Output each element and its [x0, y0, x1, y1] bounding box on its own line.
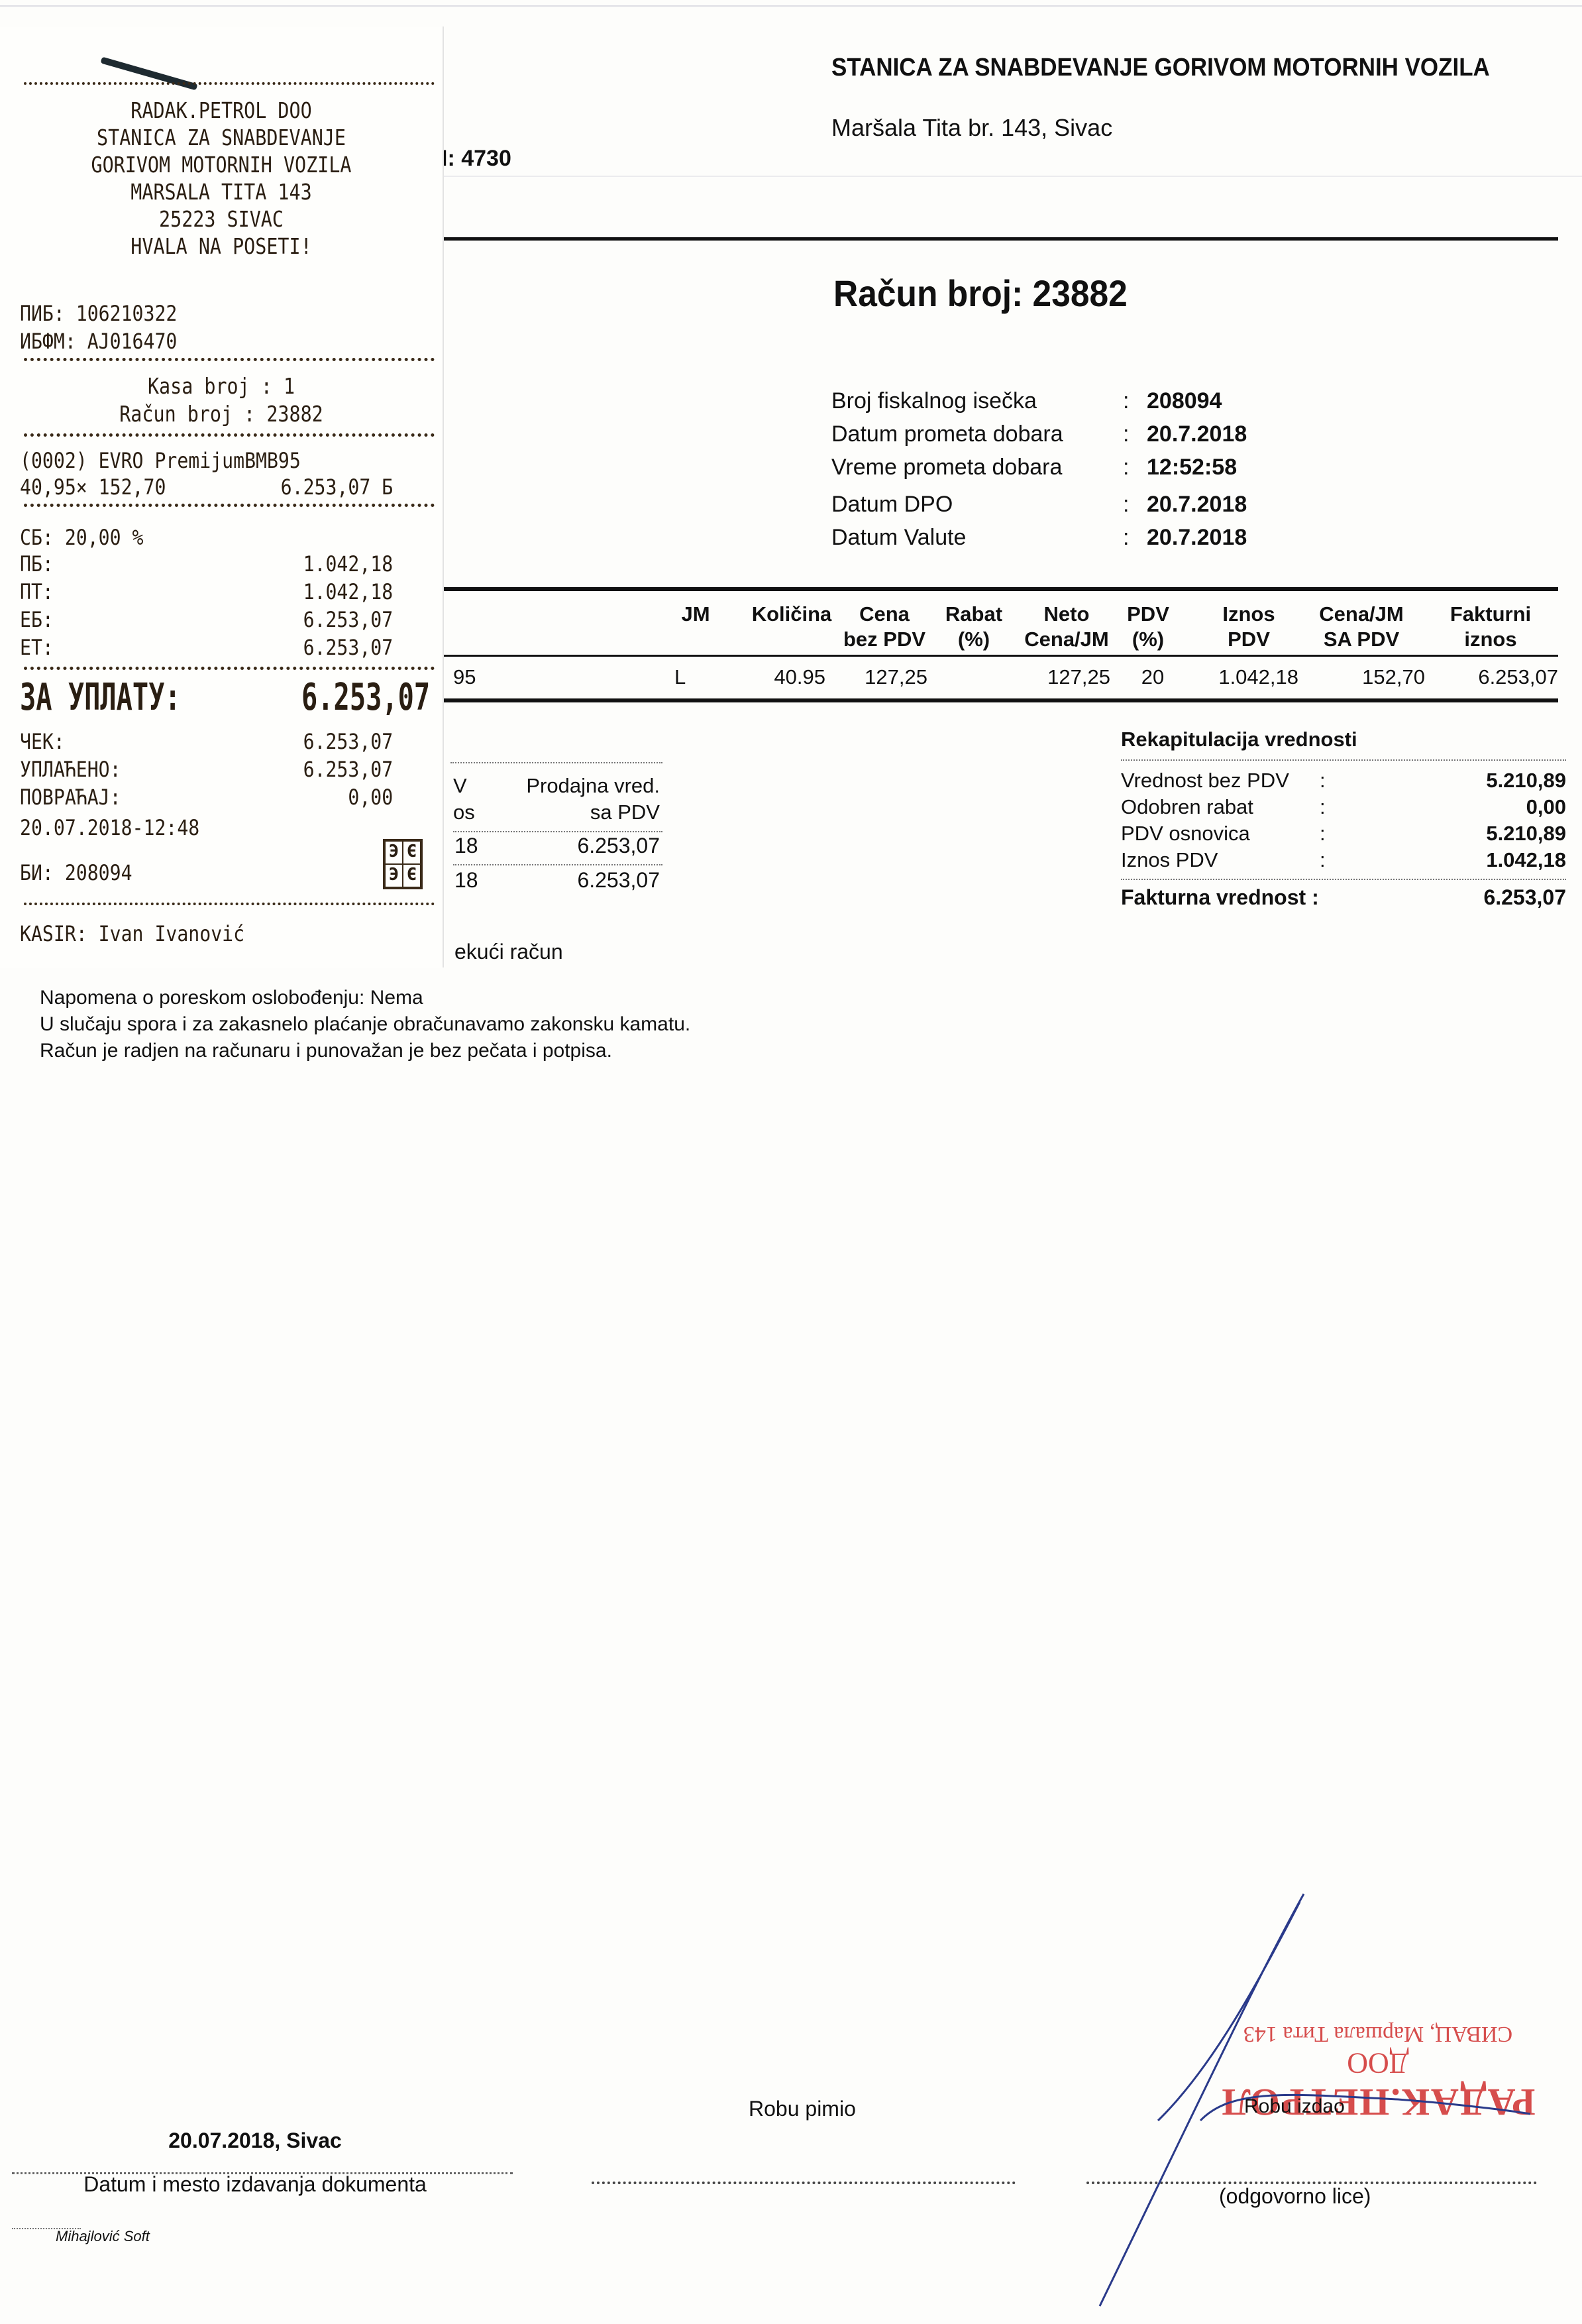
receipt-tax-line: ПТ:1.042,18: [20, 579, 393, 604]
receipt-total: ЗА УПЛАТУ:6.253,07: [20, 676, 430, 719]
col-header-vat-pct: PDV(%): [1118, 602, 1178, 652]
sales-row-value: 6.253,07: [503, 834, 660, 858]
col-header-jm: JM: [669, 602, 722, 627]
note-tax-exemption: Napomena o poreskom oslobođenju: Nema: [40, 985, 690, 1011]
receipt-tax-rate: СБ: 20,00 %: [20, 525, 393, 550]
receipt-tax-line: ЕБ:6.253,07: [20, 607, 393, 632]
goods-received-signature-line: [592, 2182, 1016, 2184]
scan-artifact: [0, 5, 1582, 7]
receipt-payment-line: УПЛАЋЕНО:6.253,07: [20, 757, 393, 782]
software-credit: Mihajlović Soft: [56, 2228, 150, 2245]
recap-title: Rekapitulacija vrednosti: [1121, 728, 1566, 759]
receipt-separator: [24, 82, 435, 85]
meta-row-value-date: Datum Valute:20.7.2018: [831, 521, 1247, 554]
scan-artifact: [443, 176, 1582, 177]
sales-table-rule: [453, 831, 662, 832]
note-late-payment: U slučaju spora i za zakasnelo plaćanje …: [40, 1011, 690, 1038]
table-header-rule: [443, 655, 1558, 657]
col-header-invoice-amount: Fakturniiznos: [1431, 602, 1550, 652]
recap-total: Fakturna vrednost :6.253,07: [1121, 880, 1566, 914]
col-header-vat-amount: IznosPDV: [1199, 602, 1298, 652]
receipt-item-line: 40,95× 152,706.253,07 Б: [20, 474, 393, 500]
receipt-separator: [24, 903, 435, 905]
receipt-tax-line: ЕТ:6.253,07: [20, 635, 393, 660]
fiscal-receipt: RADAK.PETROL DOO STANICA ZA SNABDEVANJE …: [0, 27, 443, 968]
receipt-payment-line: ЧЕК:6.253,07: [20, 729, 393, 754]
invoice-notes: Napomena o poreskom oslobođenju: Nema U …: [40, 985, 690, 1064]
recap-row-vat-amount: Iznos PDV:1.042,18: [1121, 847, 1566, 873]
pen-mark: [101, 57, 198, 91]
receipt-item-name: (0002) EVRO PremijumBMB95: [20, 448, 393, 473]
receipt-datetime: 20.07.2018-12:48: [20, 815, 393, 840]
receipt-ibfm: ИБФМ: AJ016470: [20, 329, 393, 354]
meta-row-trade-time: Vreme prometa dobara:12:52:58: [831, 451, 1247, 484]
recap-row-discount: Odobren rabat:0,00: [1121, 794, 1566, 820]
company-name: STANICA ZA SNABDEVANJE GORIVOM MOTORNIH …: [831, 52, 1502, 83]
receipt-tax-line: ПБ:1.042,18: [20, 551, 393, 577]
receipt-pib: ПИБ: 106210322: [20, 301, 393, 326]
table-top-rule: [443, 587, 1558, 591]
receipt-header: RADAK.PETROL DOO STANICA ZA SNABDEVANJE …: [31, 97, 411, 260]
partial-id-number: I: 4730: [441, 146, 511, 172]
note-validity: Račun je radjen na računaru i punovažan …: [40, 1038, 690, 1064]
receipt-separator: [24, 358, 435, 361]
payment-method-partial: ekući račun: [454, 940, 563, 964]
receipt-register: Kasa broj : 1: [31, 372, 411, 400]
receipt-separator: [24, 667, 435, 670]
goods-received-label: Robu pimio: [749, 2097, 856, 2121]
receipt-separator: [24, 433, 435, 437]
invoice-meta: Broj fiskalnog isečka:208094 Datum prome…: [831, 384, 1247, 554]
invoice-title: Račun broj: 23882: [833, 272, 1128, 315]
col-header-price-no-vat: Cenabez PDV: [831, 602, 937, 652]
receipt-number: Račun broj : 23882: [31, 400, 411, 427]
meta-row-fiscal-number: Broj fiskalnog isečka:208094: [831, 384, 1247, 417]
issue-date-caption: Datum i mesto izdavanja dokumenta: [0, 2172, 510, 2197]
receipt-bi: БИ: 208094: [20, 860, 393, 885]
col-header-discount: Rabat(%): [934, 602, 1014, 652]
table-bottom-rule: [443, 698, 1558, 702]
sales-row-partial: 18: [454, 834, 478, 858]
sales-row-partial: 18: [454, 868, 478, 893]
col-header-net-price: NetoCena/JM: [1020, 602, 1113, 652]
receipt-cashier: KASIR: Ivan Ivanović: [20, 921, 393, 946]
meta-row-dpo-date: Datum DPO:20.7.2018: [831, 488, 1247, 521]
recap-rule: [1121, 759, 1566, 761]
sales-table-rule: [450, 762, 662, 763]
col-header-quantity: Količina: [742, 602, 841, 627]
goods-issued-label: Robu izdao: [1244, 2095, 1345, 2118]
sales-row-value: 6.253,07: [503, 868, 660, 893]
recap-row-vat-base: PDV osnovica:5.210,89: [1121, 820, 1566, 847]
sales-table-rule: [453, 864, 662, 865]
issue-date-place: 20.07.2018, Sivac: [0, 2129, 510, 2153]
sales-header-value: Prodajna vred.sa PDV: [503, 773, 660, 826]
header-rule: [443, 237, 1558, 241]
company-address: Maršala Tita br. 143, Sivac: [831, 114, 1112, 142]
receipt-separator: [24, 504, 435, 507]
col-header-price-with-vat: Cena/JMSA PDV: [1308, 602, 1414, 652]
responsible-person-caption: (odgovorno lice): [1219, 2184, 1371, 2209]
sales-header-partial: Vos: [453, 773, 475, 826]
receipt-payment-line: ПОВРАЋАЈ:0,00: [20, 785, 393, 810]
value-recap: Rekapitulacija vrednosti Vrednost bez PD…: [1121, 728, 1566, 914]
recap-row-value-no-vat: Vrednost bez PDV:5.210,89: [1121, 767, 1566, 794]
meta-row-trade-date: Datum prometa dobara:20.7.2018: [831, 417, 1247, 451]
